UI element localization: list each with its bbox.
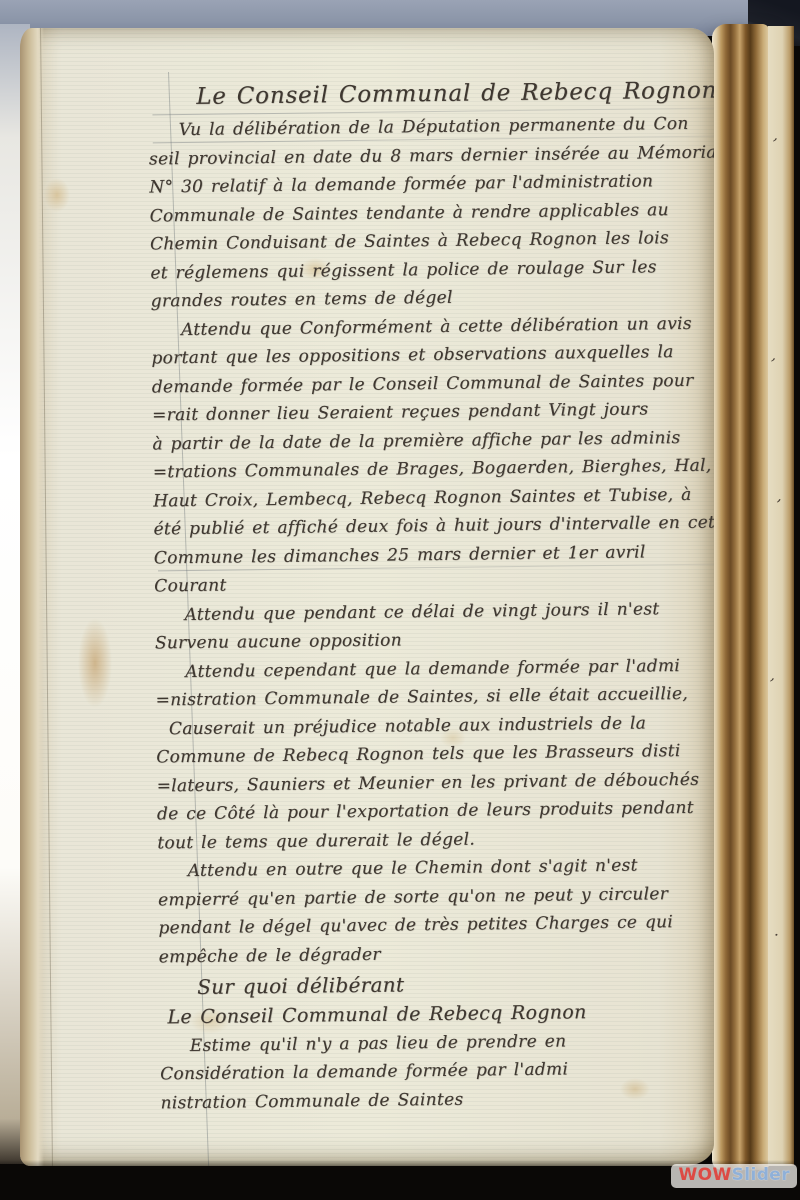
line-text: grandes routes en tems de dégel [151,288,453,312]
line-text: de ce Côté là pour l'exportation de leur… [157,798,694,825]
line-text: =trations Communales de Brages, Bogaerde… [153,456,712,483]
line-text: Estime qu'il n'y a pas lieu de prendre e… [190,1031,567,1056]
line-text: demande formée par le Conseil Communal d… [152,370,694,397]
line-text: Attendu que Conformément à cette délibér… [181,313,692,339]
ink-mark: ‚ [770,346,778,365]
line-text: Le Conseil Communal de Rebecq Rognon [167,1001,586,1028]
line-text: tout le tems que durerait le dégel. [157,829,475,853]
ink-mark: , [772,126,780,145]
wowslider-watermark: WOWSlider [671,1164,797,1188]
line-text: Vu la délibération de la Députation perm… [179,114,689,140]
line-text: =lateurs, Sauniers et Meunier en les pri… [157,769,700,796]
manuscript-text: Le Conseil Communal de Rebecq RognonVu l… [148,71,714,1117]
line-text: empêche de le dégrader [159,944,381,967]
line-text: Courant [154,576,227,597]
line-text: portant que les oppositions et observati… [151,342,673,368]
line-text: Attendu que pendant ce délai de vingt jo… [184,599,659,625]
line-text: nistration Communale de Saintes [160,1089,463,1113]
watermark-slider: Slider [732,1165,790,1185]
gutter-edge [20,28,44,1166]
ink-mark: , [769,666,777,685]
line-text: Causerait un préjudice notable aux indus… [169,713,646,739]
watermark-wow: WOW [678,1165,731,1185]
line-text: Haut Croix, Lembecq, Rebecq Rognon Saint… [153,484,692,511]
line-text: Considération la demande formée par l'ad… [160,1059,568,1084]
line-text: Chemin Conduisant de Saintes à Rebecq Ro… [150,228,669,254]
line-text: Survenu aucune opposition [155,630,402,653]
page-fore-edges [712,24,770,1170]
line-text: et réglemens qui régissent la police de … [150,257,657,283]
line-text: N° 30 relatif à la demande formée par l'… [149,171,653,197]
line-text: seil provincial en date du 8 mars dernie… [149,141,714,169]
line-text: Communale de Saintes tendante à rendre a… [150,200,669,226]
line-text: empierré qu'en partie de sorte qu'on ne … [158,884,668,910]
stain [44,178,70,212]
line-text: à partir de la date de la première affic… [152,428,680,454]
line-text: Commune de Rebecq Rognon tels que les Br… [156,741,681,767]
line-text: pendant le dégel qu'avec de très petites… [158,912,673,938]
line-text: Le Conseil Communal de Rebecq Rognon [196,78,714,110]
line-text: Attendu cependant que la demande formée … [185,656,680,682]
ink-mark: ʼ [773,496,781,515]
line-text: été publié et affiché deux fois à huit j… [153,512,714,539]
facing-page-sliver: , ‚ ʼ , · [768,26,794,1166]
line-text: Commune les dimanches 25 mars dernier et… [154,542,646,568]
manuscript-page: Le Conseil Communal de Rebecq RognonVu l… [20,28,714,1166]
line-text: =rait donner lieu Seraient reçues pendan… [152,399,649,425]
stain [78,618,112,708]
archive-photo: , ‚ ʼ , · Le Conseil Communal de Rebecq … [0,0,800,1200]
ink-mark: · [772,926,780,945]
line-text: Attendu en outre que le Chemin dont s'ag… [188,856,638,881]
line-text: Sur quoi délibérant [197,972,404,999]
line-text: =nistration Communale de Saintes, si ell… [155,684,688,711]
